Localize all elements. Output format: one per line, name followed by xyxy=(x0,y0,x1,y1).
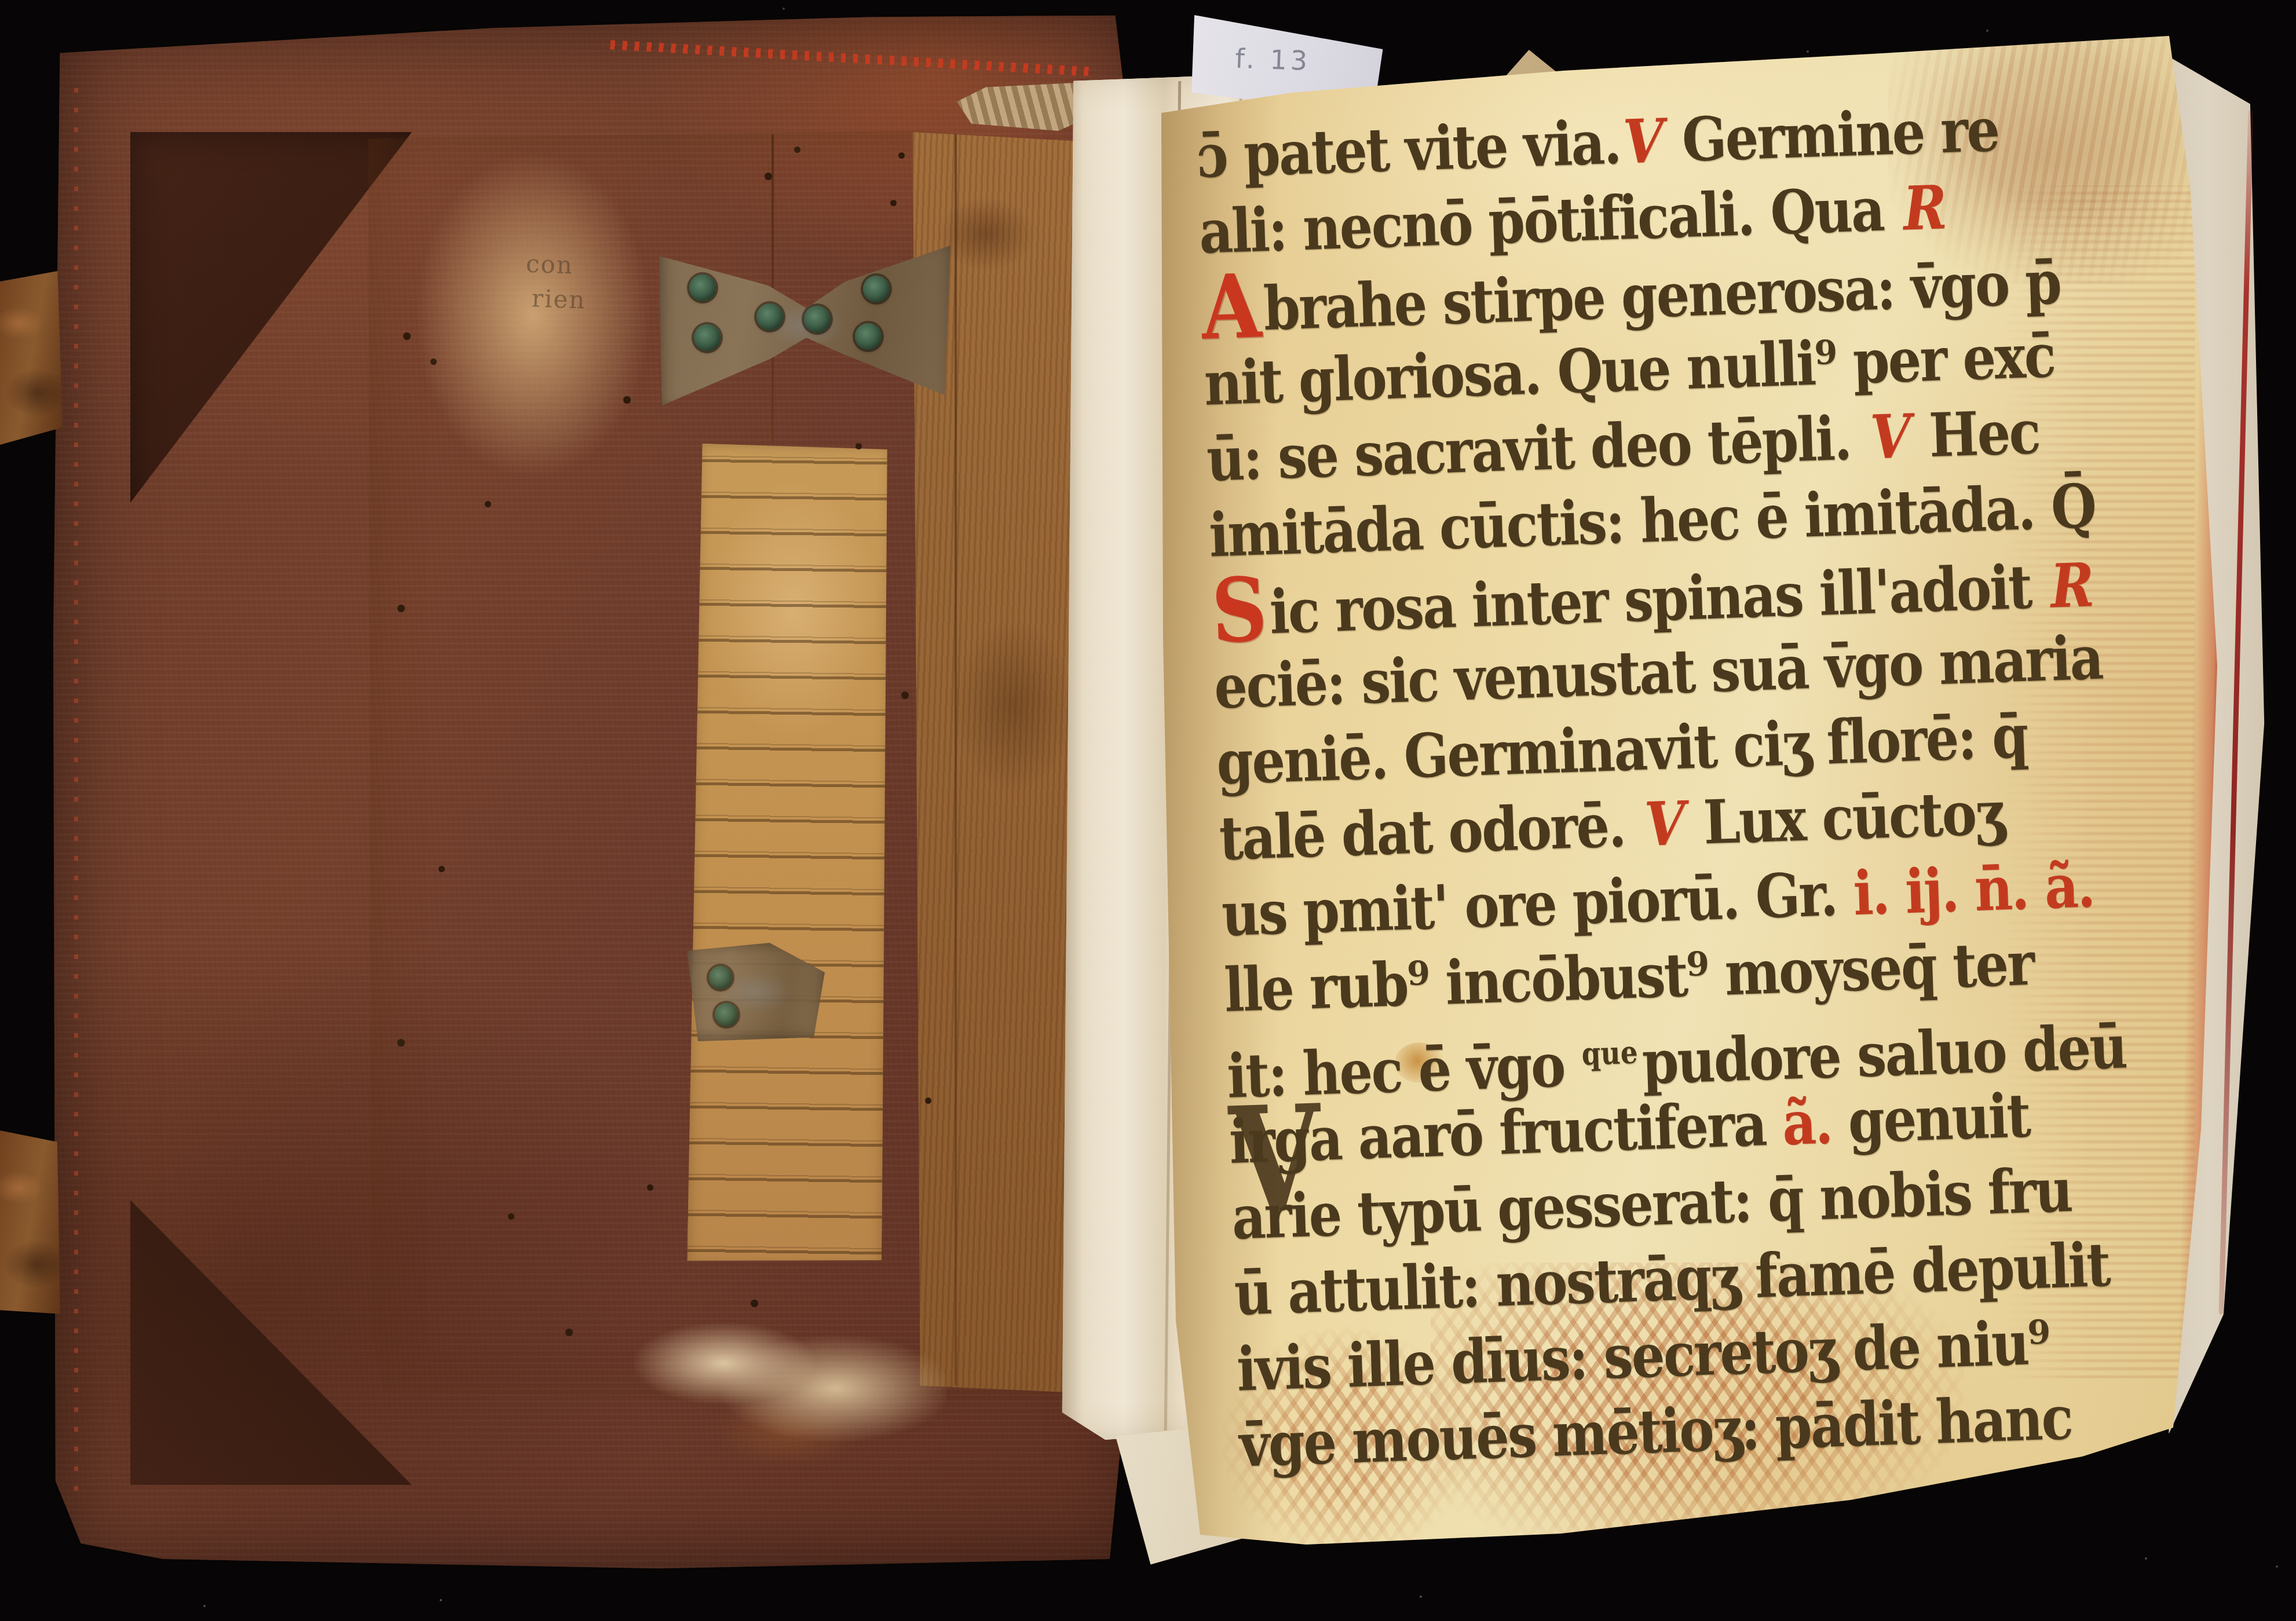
pastedown-light-patch xyxy=(405,139,660,492)
rubric-segment: ã. xyxy=(1781,1086,1833,1159)
rivet xyxy=(709,966,732,989)
page-spots xyxy=(1153,23,1155,25)
rivet xyxy=(756,303,783,330)
text-segment: Germine re xyxy=(1664,94,1999,176)
slip-handwritten-note: f. 13 xyxy=(1235,43,1311,77)
text-block: V ɔ̄ patet vite via.V Germine reali: nec… xyxy=(1194,55,2244,1547)
rubric-segment: R xyxy=(2046,549,2097,622)
rivet xyxy=(694,324,721,351)
worn-pale-patch xyxy=(629,1296,946,1464)
worm-holes xyxy=(368,131,371,134)
rubric-segment: V xyxy=(1619,105,1666,178)
text-segment: genuit xyxy=(1830,1080,2031,1157)
red-stitch-line-left xyxy=(74,81,78,1506)
rubric-segment: V xyxy=(1866,400,1914,473)
rubric-segment: V xyxy=(1640,788,1688,861)
rivet xyxy=(804,306,831,332)
text-segment: Lux cūctoʒ xyxy=(1686,777,2005,858)
leather-strap-stub-upper xyxy=(0,271,63,445)
text-segment: ɔ̄ patet vite via. xyxy=(1195,107,1621,192)
rubric-segment: R xyxy=(1899,171,1950,244)
rubric-segment: i. ij. n̄. ã. xyxy=(1852,850,2095,929)
wood-seam-crack xyxy=(955,134,957,1385)
leather-strap-stub-lower xyxy=(0,1130,60,1322)
offset-text-trace: con xyxy=(525,250,574,280)
offset-text-trace: rien xyxy=(531,284,586,314)
rivet xyxy=(855,323,882,350)
text-segment: Hec xyxy=(1911,396,2041,471)
rivet xyxy=(715,1003,738,1026)
dust-specks xyxy=(0,0,1,1)
rivet xyxy=(863,276,890,302)
rivet xyxy=(689,275,716,301)
pasted-manuscript-strip xyxy=(687,444,893,1269)
rubric-segment: que xyxy=(1580,1033,1643,1072)
photograph: con rien f. 13 V ɔ̄ patet vite via.V Ger… xyxy=(0,0,2296,1621)
text-segment: talē dat odorē. xyxy=(1218,789,1643,874)
